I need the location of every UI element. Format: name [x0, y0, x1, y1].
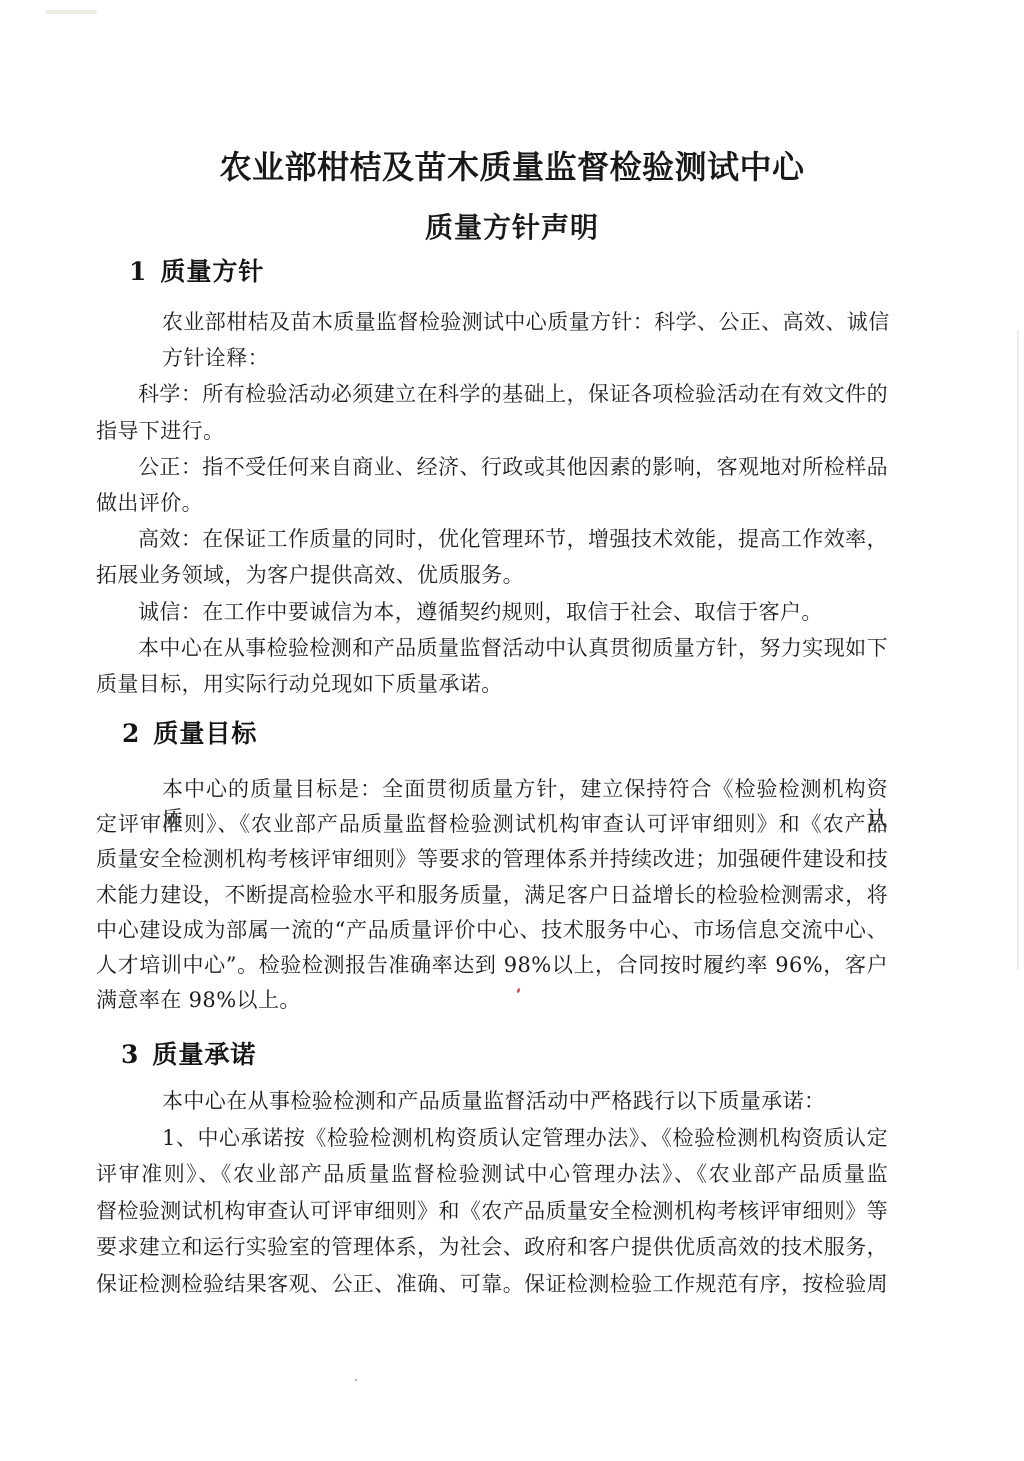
section-number: 1 [129, 257, 147, 286]
text-line: 本中心在从事检验检测和产品质量监督活动中认真贯彻质量方针，努力实现如下 [96, 632, 888, 662]
text-line: 保证检测检验结果客观、公正、准确、可靠。保证检测检验工作规范有序，按检验周 [96, 1268, 888, 1298]
document-subtitle: 质量方针声明 [0, 206, 1024, 246]
text-line: 本中心的质量目标是：全面贯彻质量方针，建立保持符合《检验检测机构资质认 [96, 773, 888, 803]
text-line: 1、中心承诺按《检验检测机构资质认定管理办法》、《检验检测机构资质认定 [96, 1122, 888, 1152]
text-line: 评审准则》、《农业部产品质量监督检验测试中心管理办法》、《农业部产品质量监 [96, 1158, 888, 1188]
text-line: 术能力建设，不断提高检验水平和服务质量，满足客户日益增长的检验检测需求，将 [96, 879, 888, 909]
text-line: 科学：所有检验活动必须建立在科学的基础上，保证各项检验活动在有效文件的 [96, 378, 888, 408]
text-line: 定评审准则》、《农业部产品质量监督检验测试机构审查认可评审细则》和《农产品 [96, 808, 888, 838]
text-line: 高效：在保证工作质量的同时，优化管理环节，增强技术效能，提高工作效率， [96, 523, 888, 553]
document-title: 农业部柑桔及苗木质量监督检验测试中心 [0, 142, 1024, 188]
text-line: 满意率在 98%以上。 [96, 984, 888, 1014]
scan-artifact-top-streak [45, 10, 97, 14]
section-heading-text: 质量方针 [160, 252, 264, 288]
section-heading: 3质量承诺 [121, 1035, 256, 1071]
text-line: 拓展业务领域，为客户提供高效、优质服务。 [96, 559, 888, 589]
document-page: 农业部柑桔及苗木质量监督检验测试中心 质量方针声明 1质量方针农业部柑桔及苗木质… [0, 0, 1024, 1461]
section-heading: 1质量方针 [129, 252, 264, 288]
text-line: 质量目标，用实际行动兑现如下质量承诺。 [96, 668, 888, 698]
section-number: 2 [122, 719, 140, 748]
text-line: 中心建设成为部属一流的“产品质量评价中心、技术服务中心、市场信息交流中心、 [96, 914, 888, 944]
section-number: 3 [121, 1040, 139, 1069]
text-line: 本中心在从事检验检测和产品质量监督活动中严格践行以下质量承诺： [96, 1085, 888, 1115]
text-line: 质量安全检测机构考核评审细则》等要求的管理体系并持续改进；加强硬件建设和技 [96, 843, 888, 873]
text-line: 做出评价。 [96, 487, 888, 517]
text-line: 农业部柑桔及苗木质量监督检验测试中心质量方针：科学、公正、高效、诚信 [96, 306, 888, 336]
text-line: 公正：指不受任何来自商业、经济、行政或其他因素的影响，客观地对所检样品 [96, 451, 888, 481]
text-line: 督检验测试机构审查认可评审细则》和《农产品质量安全检测机构考核评审细则》等 [96, 1195, 888, 1225]
text-line: 诚信：在工作中要诚信为本，遵循契约规则，取信于社会、取信于客户。 [96, 596, 888, 626]
section-heading-text: 质量承诺 [152, 1035, 256, 1071]
text-line: 人才培训中心”。检验检测报告准确率达到 98%以上，合同按时履约率 96%，客户 [96, 949, 888, 979]
text-line: 要求建立和运行实验室的管理体系，为社会、政府和客户提供优质高效的技术服务， [96, 1231, 888, 1261]
scan-artifact-page-edge [1017, 330, 1019, 970]
section-heading-text: 质量目标 [153, 714, 257, 750]
scan-artifact-dust-speck [355, 1379, 357, 1381]
text-line: 方针诠释： [96, 342, 888, 372]
section-heading: 2质量目标 [122, 714, 257, 750]
text-line: 指导下进行。 [96, 415, 888, 445]
